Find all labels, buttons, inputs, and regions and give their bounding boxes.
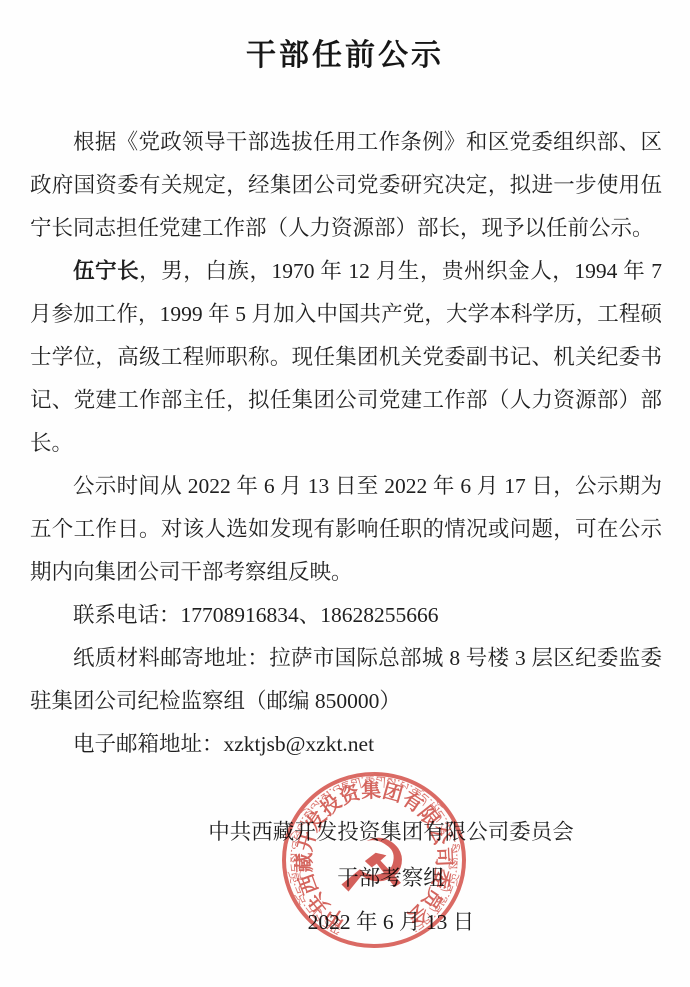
body-paragraph: 联系电话：17708916834、18628255666 (30, 594, 662, 637)
paragraph-text: 电子邮箱地址：xzktjsb@xzkt.net (73, 732, 374, 756)
body-paragraph: 伍宁长，男，白族，1970 年 12 月生，贵州织金人，1994 年 7 月参加… (30, 250, 662, 465)
paragraph-text: 公示时间从 2022 年 6 月 13 日至 2022 年 6 月 17 日，公… (30, 474, 662, 584)
body-paragraph: 根据《党政领导干部选拔任用工作条例》和区党委组织部、区政府国资委有关规定，经集团… (30, 121, 662, 250)
body-paragraph: 电子邮箱地址：xzktjsb@xzkt.net (30, 723, 662, 766)
paragraph-text: ，男，白族，1970 年 12 月生，贵州织金人，1994 年 7 月参加工作，… (30, 259, 662, 455)
document-page: 干部任前公示 根据《党政领导干部选拔任用工作条例》和区党委组织部、区政府国资委有… (0, 0, 690, 987)
paragraph-text: 联系电话：17708916834、18628255666 (73, 603, 439, 627)
body-paragraph: 纸质材料邮寄地址：拉萨市国际总部城 8 号楼 3 层区纪委监委驻集团公司纪检监察… (30, 637, 662, 723)
person-name: 伍宁长 (73, 259, 139, 283)
signature-group: 干部考察组 (92, 857, 690, 900)
body-paragraph: 公示时间从 2022 年 6 月 13 日至 2022 年 6 月 17 日，公… (30, 465, 662, 594)
paragraph-text: 根据《党政领导干部选拔任用工作条例》和区党委组织部、区政府国资委有关规定，经集团… (30, 130, 662, 240)
paragraph-text: 纸质材料邮寄地址：拉萨市国际总部城 8 号楼 3 层区纪委监委驻集团公司纪检监察… (30, 646, 662, 713)
page-title: 干部任前公示 (0, 0, 690, 74)
signature-date: 2022 年 6 月 13 日 (92, 901, 690, 944)
signature-organization: 中共西藏开发投资集团有限公司委员会 (92, 811, 690, 854)
document-body: 根据《党政领导干部选拔任用工作条例》和区党委组织部、区政府国资委有关规定，经集团… (30, 121, 662, 766)
